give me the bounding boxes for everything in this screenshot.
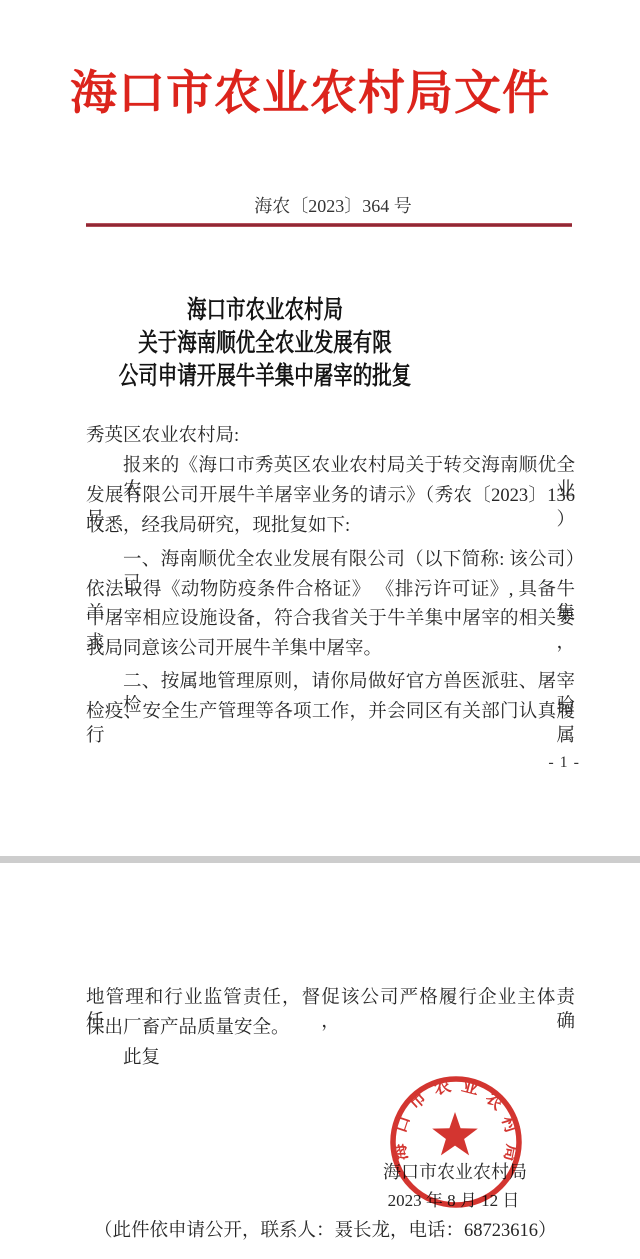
document-title-line: 公司申请开展牛羊集中屠宰的批复: [70, 360, 460, 393]
disclosure-footnote: （此件依申请公开，联系人：聂长龙，电话：68723616）: [94, 1216, 594, 1242]
page-separator: [0, 856, 640, 863]
body-line: 保出厂畜产品质量安全。: [86, 1016, 575, 1042]
document-title: 海口市农业农村局 关于海南顺优全农业发展有限 公司申请开展牛羊集中屠宰的批复: [70, 294, 460, 393]
body-line: 一、海南顺优全农业发展有限公司（以下简称: 该公司）已: [86, 548, 575, 574]
header-divider-rule: [86, 223, 572, 227]
body-line: 报来的《海口市秀英区农业农村局关于转交海南顺优全农业: [86, 454, 575, 480]
body-line: 中屠宰相应设施设备，符合我省关于牛羊集中屠宰的相关要求，: [86, 607, 575, 633]
document-title-line: 海口市农业农村局: [70, 294, 460, 327]
document-number: 海农〔2023〕364 号: [26, 192, 640, 218]
seal-star-icon: [432, 1112, 478, 1155]
closing-phrase: 此复: [86, 1046, 575, 1072]
document-title-line: 关于海南顺优全农业发展有限: [70, 327, 460, 360]
body-line: 检疫、安全生产管理等各项工作，并会同区有关部门认真履行属: [86, 700, 575, 726]
salutation: 秀英区农业农村局:: [86, 424, 575, 450]
body-line: 收悉，经我局研究，现批复如下:: [86, 514, 575, 540]
body-line: 地管理和行业监管责任，督促该公司严格履行企业主体责任，确: [86, 986, 575, 1012]
official-seal-stamp-icon: 海口市农业农村局: [386, 1072, 526, 1212]
letterhead-title: 海口市农业农村局文件: [0, 56, 620, 123]
body-line: 二、按属地管理原则，请你局做好官方兽医派驻、屠宰检验: [86, 670, 575, 696]
body-line: 依法取得《动物防疫条件合格证》 《排污许可证》, 具备牛羊集: [86, 578, 575, 604]
page-number: - 1 -: [86, 754, 580, 772]
body-line: 我局同意该公司开展牛羊集中屠宰。: [86, 637, 575, 663]
body-line: 发展有限公司开展牛羊屠宰业务的请示》（秀农〔2023〕136 号）: [86, 484, 575, 510]
official-document: 海口市农业农村局文件 海农〔2023〕364 号 海口市农业农村局 关于海南顺优…: [0, 0, 640, 1259]
